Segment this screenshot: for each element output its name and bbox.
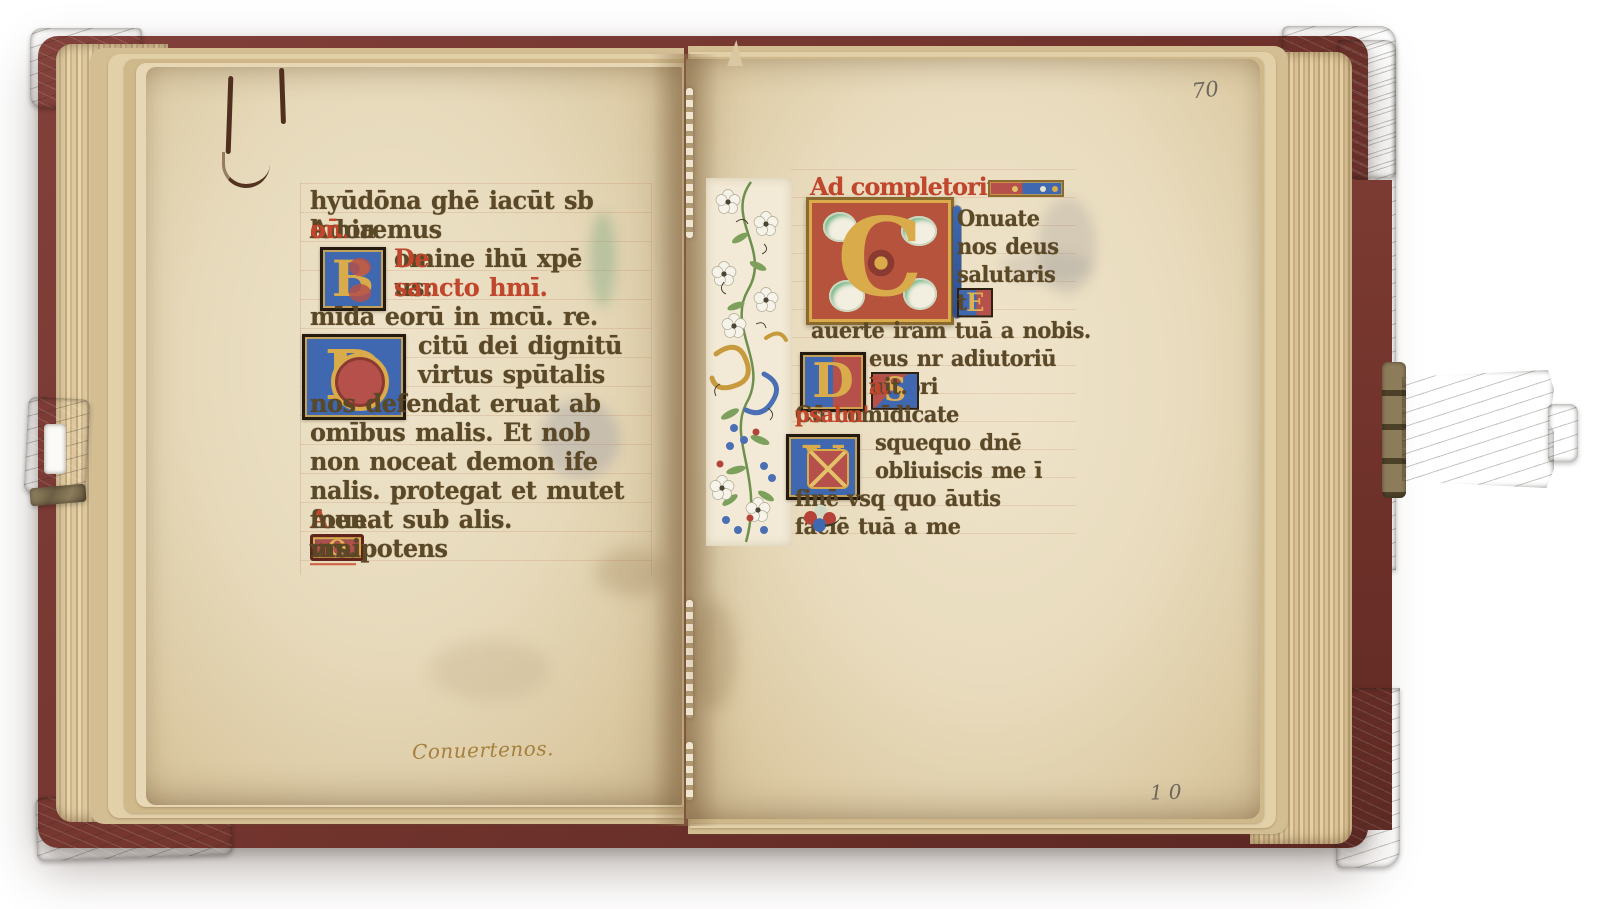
text-segment: auerte iram tuā a nobis. bbox=[811, 316, 1091, 344]
text-segment: mīda eorū in mcū. re. bbox=[310, 302, 598, 331]
manuscript-line: nos defendat eruat ab bbox=[310, 389, 650, 419]
text-segment: squequo dnē bbox=[875, 428, 1021, 456]
folio-number-top: 70 bbox=[1191, 77, 1220, 104]
text-segment: finē vsq quo āutis bbox=[795, 484, 1001, 512]
text-segment: De bbox=[394, 244, 429, 273]
text-segment: ā. bbox=[869, 372, 889, 400]
manuscript-line: us: sancto hmī. bbox=[310, 273, 650, 303]
manuscript-line: nos deus bbox=[795, 232, 1075, 261]
clasp-strap-tab bbox=[1548, 404, 1578, 462]
text-segment: virtus spūtalis bbox=[418, 360, 605, 389]
manuscript-line: squequo dnē bbox=[795, 428, 1075, 457]
text-segment: or. bbox=[310, 215, 343, 244]
text-segment: non noceat demon ife bbox=[310, 447, 598, 476]
manuscript-line: nalis. protegat et mutet bbox=[310, 476, 650, 506]
text-segment: t bbox=[957, 288, 966, 316]
manuscript-line: finē vsq quo āutis bbox=[795, 484, 1075, 513]
text-segment: men. bbox=[310, 505, 374, 534]
manuscript-line: lia pri Suit. ā. bbox=[795, 372, 1075, 401]
manuscript-line: eus nr adiutoriū bbox=[795, 344, 1075, 373]
manuscript-line: citū dei dignitū bbox=[310, 331, 650, 361]
manuscript-line: auerte iram tuā a nobis. bbox=[795, 316, 1075, 345]
flower-line-filler-icon bbox=[801, 512, 843, 535]
manuscript-line: foueat sub alis. Amen. bbox=[310, 505, 650, 535]
text-segment: vrs. bbox=[310, 534, 356, 565]
manuscript-line: salutaris bbox=[795, 260, 1075, 289]
text-segment: citū dei dignitū bbox=[418, 331, 622, 360]
stain bbox=[430, 640, 550, 700]
manuscript-line: Cū comīdicate psalm' bbox=[795, 400, 1075, 429]
clasp-catch-slot bbox=[44, 424, 66, 474]
manuscript-line: hyūdōna ghē iacūt sb bbox=[310, 186, 650, 216]
sewing-stitches bbox=[686, 742, 693, 800]
manuscript-line: obliuiscis me ī bbox=[795, 456, 1075, 485]
text-segment: nos deus bbox=[957, 232, 1059, 260]
sewing-stitches bbox=[686, 88, 693, 238]
folio-number-bottom: 10 bbox=[1150, 779, 1188, 804]
text-segment: omībus malis. Et nob bbox=[310, 418, 590, 447]
text-segment: hyūdōna ghē iacūt sb bbox=[310, 186, 593, 215]
stain bbox=[690, 600, 736, 710]
text-segment: Onuate bbox=[957, 204, 1040, 232]
photo-canvas: Ad completorium B D C D V hyūdōna ghē ia… bbox=[0, 0, 1600, 909]
manuscript-line: mīda eorū in mcū. re. bbox=[310, 302, 650, 332]
floral-border-illustration bbox=[706, 178, 792, 546]
manuscript-line: scā. Omnipotens vrs. bbox=[310, 534, 650, 564]
manuscript-line: faciē tuā a me bbox=[795, 512, 1075, 541]
text-segment: obliuiscis me ī bbox=[875, 456, 1042, 484]
manuscript-line: virtus spūtalis bbox=[310, 360, 650, 390]
text-segment: nos defendat eruat ab bbox=[310, 389, 600, 418]
manuscript-line: omībus malis. Et nob bbox=[310, 418, 650, 448]
manuscript-text-left: hyūdōna ghē iacūt sblonia an̄. Adoremus … bbox=[310, 186, 650, 563]
manuscript-line: nr. Et bbox=[795, 288, 1075, 317]
text-segment: psalm' bbox=[795, 400, 869, 428]
text-segment: eus nr adiutoriū bbox=[869, 344, 1056, 372]
manuscript-line: omine ihū xpē De bbox=[310, 244, 650, 274]
catchword: Conuertenos. bbox=[412, 736, 555, 764]
text-segment: sancto hmī. bbox=[394, 273, 547, 302]
clasp-strap-right bbox=[1402, 370, 1554, 488]
text-segment: nalis. protegat et mutet bbox=[310, 476, 624, 505]
manuscript-line: non noceat demon ife bbox=[310, 447, 650, 477]
manuscript-text-right: Onuatenos deussalutarisnr. Etauerte iram… bbox=[795, 204, 1075, 540]
line-filler-bar bbox=[988, 180, 1064, 197]
manuscript-line: Onuate bbox=[795, 204, 1075, 233]
text-segment: salutaris bbox=[957, 260, 1055, 288]
manuscript-line: lonia an̄. Adoremus or. bbox=[310, 215, 650, 245]
